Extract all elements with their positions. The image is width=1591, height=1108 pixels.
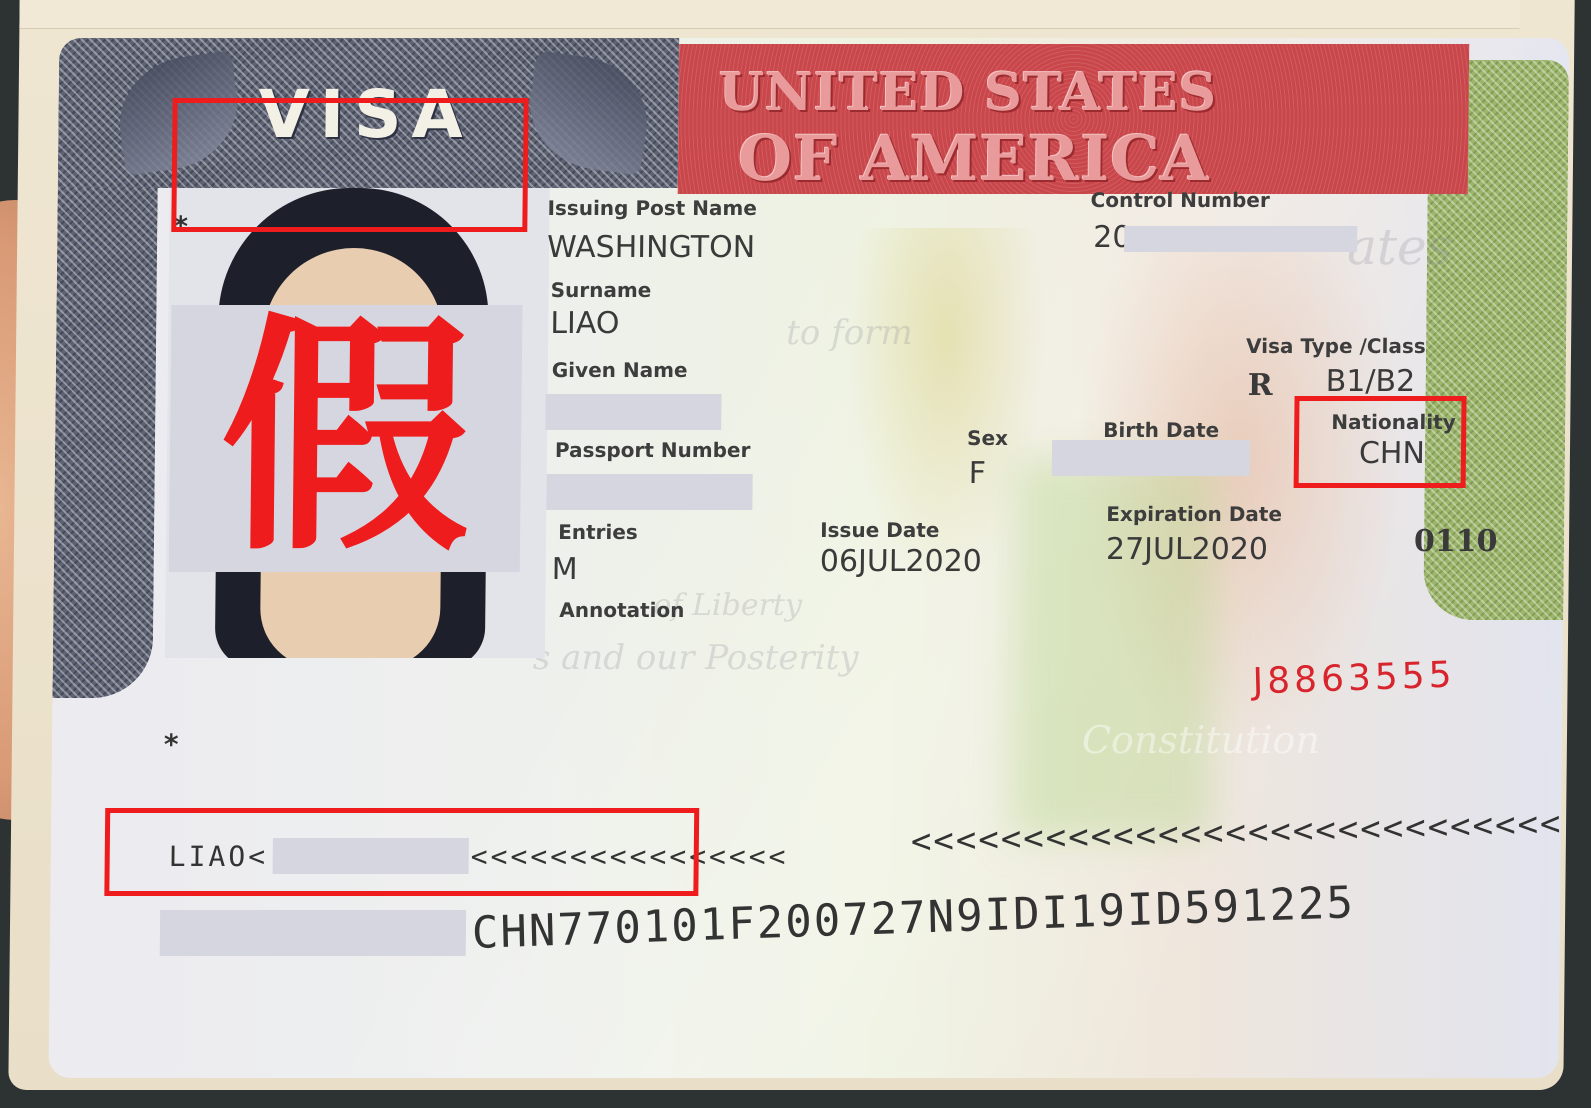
expiration-date-value: 27JUL2020 [1106, 532, 1268, 567]
birth-date-label: Birth Date [1103, 418, 1219, 442]
given-name-label: Given Name [552, 358, 688, 382]
page-edge [19, 0, 1519, 29]
watermark-text: s and our Posterity [533, 638, 859, 678]
control-number-redaction [1124, 226, 1357, 252]
birth-date-redaction [1052, 440, 1250, 476]
issue-date-value: 06JUL2020 [820, 544, 982, 579]
code-value: 0110 [1414, 524, 1498, 559]
passport-number-redaction [546, 474, 752, 510]
watermark-text: to form [786, 313, 913, 353]
expiration-date-label: Expiration Date [1106, 502, 1282, 526]
surname-value: LIAO [550, 306, 620, 341]
watermark-text: Constitution [1082, 718, 1320, 762]
issuing-post-value: WASHINGTON [547, 230, 755, 265]
surname-label: Surname [551, 278, 652, 302]
issuing-post-label: Issuing Post Name [547, 196, 757, 220]
country-name-line1: UNITED STATES [718, 62, 1217, 123]
given-name-redaction [545, 394, 721, 430]
highlight-mrz-name [104, 808, 699, 896]
photo-redaction: 假 [169, 305, 523, 572]
mrz-line1-fill-large: <<<<<<<<<<<<<<<<<<<<<<<<<<<<<<<< [911, 802, 1570, 862]
usa-banner: UNITED STATES OF AMERICA [678, 44, 1470, 194]
entries-value: M [552, 552, 578, 587]
issue-date-label: Issue Date [820, 518, 940, 542]
visa-class-value: B1/B2 [1326, 364, 1416, 399]
fake-stamp: 假 [219, 314, 472, 564]
passport-number-label: Passport Number [555, 438, 751, 462]
serial-number: J8863555 [1252, 654, 1456, 702]
highlight-nationality [1294, 396, 1467, 488]
watermark-text: ates [1347, 218, 1453, 276]
annotation-label: Annotation [559, 598, 684, 622]
mrz-passport-redaction [160, 910, 466, 956]
sex-label: Sex [967, 426, 1008, 450]
country-name-line2: OF AMERICA [738, 122, 1210, 195]
asterisk-mark: * [164, 728, 179, 761]
passport-page: to form ates of Liberty s and our Poster… [8, 0, 1574, 1090]
control-number-label: Control Number [1090, 188, 1269, 212]
sex-value: F [969, 456, 987, 491]
visa-type-value: R [1247, 368, 1272, 403]
entries-label: Entries [558, 520, 638, 544]
highlight-visa-title [171, 98, 528, 232]
visa-type-class-label: Visa Type /Class [1246, 334, 1426, 358]
eagle-wing-right-icon [521, 50, 656, 176]
